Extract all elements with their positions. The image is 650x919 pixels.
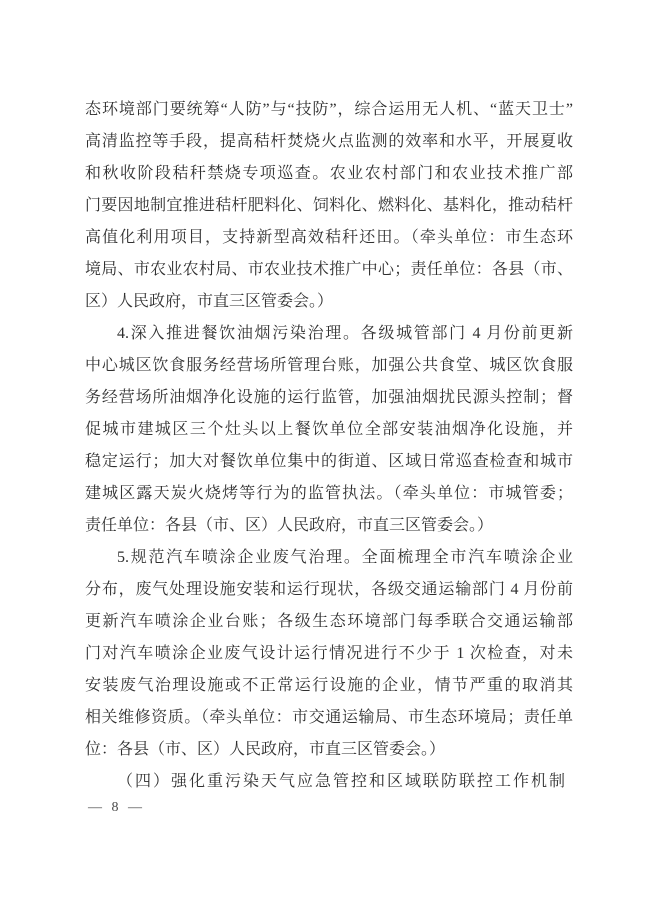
text-line-21-paragraph-end: 位：各县（市、区）人民政府，市直三区管委会。） bbox=[85, 734, 573, 766]
section-heading-4: （四）强化重污染天气应急管控和区域联防联控工作机制 bbox=[85, 766, 573, 798]
text-line-1: 态环境部门要统筹“人防”与“技防”，综合运用无人机、“蓝天卫士” bbox=[85, 94, 573, 126]
page-number: — 8 — bbox=[88, 800, 145, 816]
text-line-7-paragraph-end: 区）人民政府，市直三区管委会。） bbox=[85, 286, 573, 318]
text-line-10: 务经营场所油烟净化设施的运行监管，加强油烟扰民源头控制；督 bbox=[85, 382, 573, 414]
text-line-17: 更新汽车喷涂企业台账；各级生态环境部门每季联合交通运输部 bbox=[85, 606, 573, 638]
text-line-15-item5-start: 5.规范汽车喷涂企业废气治理。全面梳理全市汽车喷涂企业 bbox=[85, 542, 573, 574]
document-text-block: 态环境部门要统筹“人防”与“技防”，综合运用无人机、“蓝天卫士” 高清监控等手段… bbox=[85, 94, 573, 798]
text-line-16: 分布，废气处理设施安装和运行现状，各级交通运输部门 4 月份前 bbox=[85, 574, 573, 606]
text-line-11: 促城市建城区三个灶头以上餐饮单位全部安装油烟净化设施，并 bbox=[85, 414, 573, 446]
text-line-4: 门要因地制宜推进秸杆肥料化、饲料化、燃料化、基料化，推动秸杆 bbox=[85, 190, 573, 222]
text-line-3: 和秋收阶段秸秆禁烧专项巡查。农业农村部门和农业技术推广部 bbox=[85, 158, 573, 190]
text-line-6: 境局、市农业农村局、市农业技术推广中心；责任单位：各县（市、 bbox=[85, 254, 573, 286]
text-line-20: 相关维修资质。（牵头单位：市交通运输局、市生态环境局；责任单 bbox=[85, 702, 573, 734]
text-line-2: 高清监控等手段，提高秸杆焚烧火点监测的效率和水平，开展夏收 bbox=[85, 126, 573, 158]
text-line-5: 高值化利用项目，支持新型高效秸秆还田。（牵头单位：市生态环 bbox=[85, 222, 573, 254]
text-line-12: 稳定运行；加大对餐饮单位集中的街道、区域日常巡查检查和城市 bbox=[85, 446, 573, 478]
text-line-8-item4-start: 4.深入推进餐饮油烟污染治理。各级城管部门 4 月份前更新 bbox=[85, 318, 573, 350]
text-line-13: 建城区露天炭火烧烤等行为的监管执法。（牵头单位：市城管委； bbox=[85, 478, 573, 510]
text-line-14-paragraph-end: 责任单位：各县（市、区）人民政府，市直三区管委会。） bbox=[85, 510, 573, 542]
text-line-18: 门对汽车喷涂企业废气设计运行情况进行不少于 1 次检查，对未 bbox=[85, 638, 573, 670]
text-line-19: 安装废气治理设施或不正常运行设施的企业，情节严重的取消其 bbox=[85, 670, 573, 702]
text-line-9: 中心城区饮食服务经营场所管理台账，加强公共食堂、城区饮食服 bbox=[85, 350, 573, 382]
document-page: 态环境部门要统筹“人防”与“技防”，综合运用无人机、“蓝天卫士” 高清监控等手段… bbox=[0, 0, 650, 919]
